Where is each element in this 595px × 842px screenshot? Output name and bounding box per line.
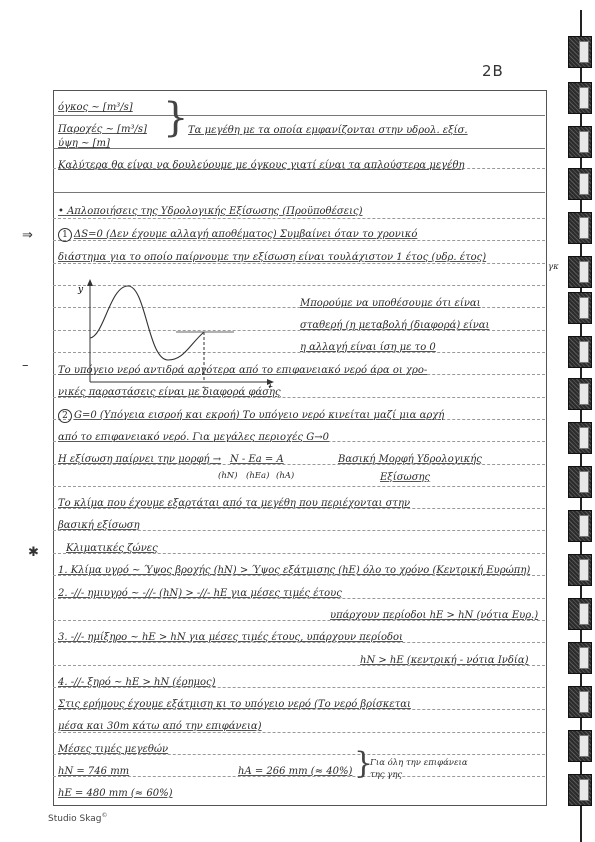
binding-ring-icon (568, 292, 592, 324)
mean-value-he: hE = 480 mm (≈ 60%) (58, 788, 172, 800)
climate-zone-3: 3. -//- ημίξηρο ~ hE > hN για μέσες τιμέ… (58, 632, 403, 644)
item-1-line-2: διάστημα για το οποίο παίρνουμε την εξίσ… (58, 252, 486, 264)
item-2-line-2: από το επιφανειακό νερό. Για μεγάλες περ… (58, 432, 329, 444)
binding-ring-icon (568, 36, 592, 68)
footer-brand-text: Studio Skag (48, 814, 102, 824)
binding-ring-icon (568, 422, 592, 454)
item-1-note-2: σταθερή (η μεταβολή (διαφορά) είναι (300, 320, 489, 332)
binding-ring-icon (568, 82, 592, 114)
climate-zone-1: 1. Κλίμα υγρό ~ Ύψος βροχής (hN) > Ύψος … (58, 565, 530, 577)
units-height: ύψη ~ [m] (58, 138, 110, 150)
item-2-formula-term-n: (hN) (218, 470, 238, 482)
units-conclusion: Καλύτερα θα είναι να δουλεύουμε με όγκου… (58, 160, 465, 172)
binding-ring-icon (568, 212, 592, 244)
item-1-para-2: νικές παραστάσεις είναι με διαφορά φάσης (58, 387, 281, 399)
binding-ring-icon (568, 336, 592, 368)
item-2-form-label-2: Εξίσωσης (380, 472, 430, 484)
arrow-mark-icon: ⇒ (22, 228, 33, 243)
units-brace-note: Τα μεγέθη με τα οποία εμφανίζονται στην … (188, 125, 468, 137)
asterisk-mark-icon: ✱ (28, 545, 39, 560)
binding-ring-icon (568, 774, 592, 806)
desert-note-2: μέσα και 30m κάτω από την επιφάνεια) (58, 721, 262, 733)
mean-values-scope-2: της γης (370, 770, 402, 781)
item-2-number: 2 (58, 409, 72, 423)
binding-ring-icon (568, 168, 592, 200)
dash-mark-icon: – (22, 358, 29, 373)
ruled-line (53, 486, 545, 487)
item-1-side-note: γκ (548, 262, 559, 273)
item-1-number: 1 (58, 228, 72, 242)
climate-zone-3-cont: hN > hE (κεντρική - νότια Ινδία) (360, 655, 528, 667)
item-2-text: G=0 (Υπόγεια εισροή και εκροή) Το υπόγει… (74, 410, 444, 421)
binding-ring-icon (568, 126, 592, 158)
ruled-line (53, 192, 545, 193)
binding-ring-icon (568, 466, 592, 498)
item-2-formula-term-ea: (hEa) (246, 470, 269, 482)
graph-y-label: y (77, 285, 84, 295)
mean-value-hn: hN = 746 mm (58, 766, 129, 778)
copyright-icon: © (102, 812, 108, 819)
climate-zone-4: 4. -//- ξηρό ~ hE > hN (έρημος) (58, 677, 216, 689)
item-1-note-1: Μπορούμε να υποθέσουμε ότι είναι (300, 298, 481, 310)
ruled-line (53, 218, 545, 219)
mean-values-title: Μέσες τιμές μεγεθών (58, 744, 168, 756)
item-2-line-3: Η εξίσωση παίρνει την μορφή → (58, 454, 221, 466)
desert-note-1: Στις ερήμους έχουμε εξάτμιση κι το υπόγε… (58, 699, 411, 711)
item-2-para-1: Το κλίμα που έχουμε εξαρτάται από τα μεγ… (58, 498, 410, 510)
item-1-para-1: Το υπόγειο νερό αντιδρά αργότερα από το … (58, 365, 427, 377)
climate-zone-2: 2. -//- ημιυγρό ~ -//- (hN) > -//- hE γι… (58, 588, 342, 600)
binding-ring-icon (568, 642, 592, 674)
page-number: 2B (482, 62, 504, 80)
binding-ring-icon (568, 510, 592, 542)
item-2-formula: N - Ea = A (230, 454, 284, 466)
units-flow: Παροχές ~ [m³/s] (58, 124, 147, 136)
spiral-binding (566, 0, 595, 842)
binding-ring-icon (568, 598, 592, 630)
mean-values-scope-1: Για όλη την επιφάνεια (370, 758, 468, 769)
item-2-form-label-1: Βασική Μορφή Υδρολογικής (338, 454, 482, 466)
item-2-line-1: 2G=0 (Υπόγεια εισροή και εκροή) Το υπόγε… (58, 409, 444, 423)
item-1-line-1: 1ΔS=0 (Δεν έχουμε αλλαγή αποθέματος) Συμ… (58, 228, 417, 242)
binding-ring-icon (568, 378, 592, 410)
ruled-line (53, 148, 545, 149)
binding-ring-icon (568, 256, 592, 288)
section-title: • Απλοποιήσεις της Υδρολογικής Εξίσωσης … (58, 206, 363, 218)
binding-ring-icon (568, 554, 592, 586)
climate-zone-2-cont: υπάρχουν περίοδοι hE > hN (νότια Ευρ.) (330, 610, 538, 622)
item-2-para-2: βασική εξίσωση (58, 520, 140, 532)
binding-ring-icon (568, 686, 592, 718)
brace-icon: } (163, 98, 188, 138)
climate-zones-title: Κλιματικές ζώνες (66, 543, 158, 555)
binding-ring-icon (568, 730, 592, 762)
units-volume: όγκος ~ [m³/s] (58, 102, 133, 114)
item-1-text: ΔS=0 (Δεν έχουμε αλλαγή αποθέματος) Συμβ… (74, 229, 417, 240)
item-1-note-3: η αλλαγή είναι ίση με το 0 (300, 342, 436, 354)
ruled-line (53, 115, 545, 116)
footer-brand: Studio Skag© (48, 812, 108, 824)
item-2-formula-term-a: (hA) (276, 470, 294, 482)
mean-value-ha: hA = 266 mm (≈ 40%) (238, 766, 352, 778)
